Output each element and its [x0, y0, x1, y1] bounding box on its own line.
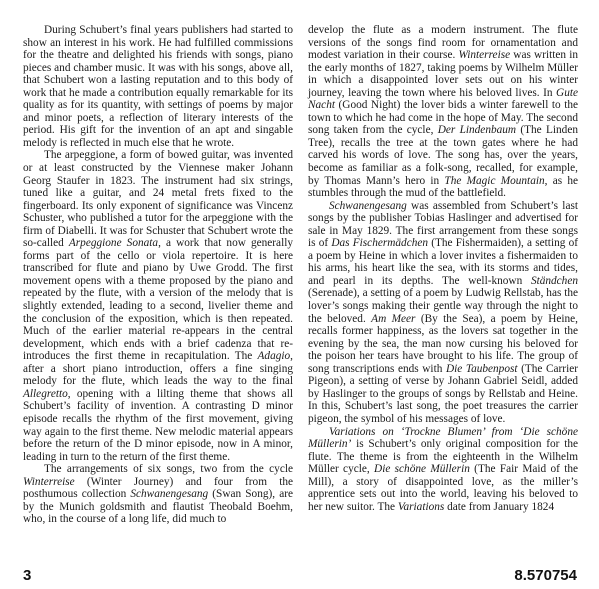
italic-title: Schwanengesang [130, 488, 208, 500]
italic-title: Der Lindenbaum [438, 124, 516, 136]
paragraph: During Schubert’s final years publishers… [23, 24, 293, 149]
italic-title: Die schöne Müllerin [374, 463, 470, 475]
italic-title: Am Meer [371, 313, 415, 325]
text-run: The arpeggione, a form of bowed guitar, … [23, 149, 293, 249]
text-run: The arrangements of six songs, two from … [44, 463, 293, 475]
catalogue-number: 8.570754 [514, 567, 577, 584]
italic-title: Winterreise [458, 49, 510, 61]
paragraph: develop the flute as a modern instrument… [308, 24, 578, 200]
italic-title: Variations [398, 501, 444, 513]
italic-title: Winterreise [23, 476, 75, 488]
paragraph: Variations on ‘Trockne Blumen’ from ‘Die… [308, 426, 578, 514]
paragraph: The arrangements of six songs, two from … [23, 463, 293, 526]
italic-title: The Magic Mountain [444, 175, 544, 187]
text-run: During Schubert’s final years publishers… [23, 24, 293, 149]
left-column: During Schubert’s final years publishers… [23, 24, 293, 526]
italic-title: Adagio [258, 350, 291, 362]
paragraph: The arpeggione, a form of bowed guitar, … [23, 149, 293, 463]
right-column: develop the flute as a modern instrument… [308, 24, 578, 513]
text-run: , a work that now generally forms part o… [23, 237, 293, 362]
italic-title: Schwanengesang [329, 200, 407, 212]
italic-title: Die Taubenpost [446, 363, 518, 375]
italic-title: Das Fischermädchen [331, 237, 428, 249]
italic-title: Arpeggione Sonata [69, 237, 158, 249]
paragraph: Schwanengesang was assembled from Schube… [308, 200, 578, 426]
italic-title: Ständchen [531, 275, 578, 287]
page-number: 3 [23, 567, 31, 584]
text-run: date from January 1824 [444, 501, 554, 513]
italic-title: Allegretto [23, 388, 68, 400]
